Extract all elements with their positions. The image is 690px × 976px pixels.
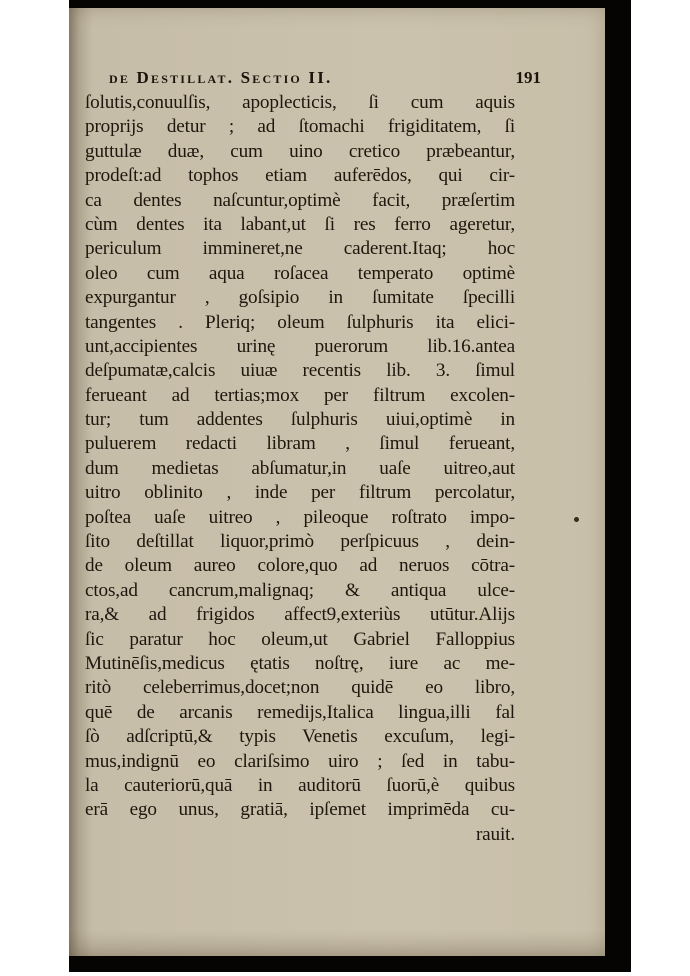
text-line: prodeſt:ad tophos etiam auferēdos, qui c… bbox=[85, 164, 515, 188]
running-title: de Destillat. Sectio II. bbox=[109, 68, 333, 88]
text-line: Mutinēſis,medicus ętatis noſtrę, iure ac… bbox=[85, 652, 515, 676]
text-line: deſpumatæ,calcis uiuæ recentis lib. 3. ſ… bbox=[85, 359, 515, 383]
text-line: ferueant ad tertias;mox per filtrum exco… bbox=[85, 384, 515, 408]
scan-frame: de Destillat. Sectio II. 191 ſolutis,con… bbox=[69, 0, 631, 972]
text-line: ſolutis,conuulſis, apoplecticis, ſi cum … bbox=[85, 91, 515, 115]
text-line: tur; tum addentes ſulphuris uiui,optimè … bbox=[85, 408, 515, 432]
text-line: ſò adſcriptū,& typis Venetis excuſum, le… bbox=[85, 725, 515, 749]
text-line: oleo cum aqua roſacea temperato optimè bbox=[85, 262, 515, 286]
text-line: cùm dentes ita labant,ut ſi res ferro ag… bbox=[85, 213, 515, 237]
text-line: tangentes . Pleriq; oleum ſulphuris ita … bbox=[85, 311, 515, 335]
text-line: guttulæ duæ, cum uino cretico præbeantur… bbox=[85, 140, 515, 164]
text-line: expurgantur , goſsipio in ſumitate ſpeci… bbox=[85, 286, 515, 310]
text-line: ſito deſtillat liquor,primò perſpicuus ,… bbox=[85, 530, 515, 554]
text-line: puluerem redacti libram , ſimul ferueant… bbox=[85, 432, 515, 456]
text-line: la cauteriorū,quā in auditorū ſuorū,è qu… bbox=[85, 774, 515, 798]
text-line: dum medietas abſumatur,in uaſe uitreo,au… bbox=[85, 457, 515, 481]
text-line: uitro oblinito , inde per filtrum percol… bbox=[85, 481, 515, 505]
text-line: erā ego unus, gratiā, ipſemet imprimēda … bbox=[85, 798, 515, 822]
text-line: unt,accipientes urinę puerorum lib.16.an… bbox=[85, 335, 515, 359]
text-line: ca dentes naſcuntur,optimè facit, præſer… bbox=[85, 189, 515, 213]
text-line: poſtea uaſe uitreo , pileoque roſtrato i… bbox=[85, 506, 515, 530]
body-text: ſolutis,conuulſis, apoplecticis, ſi cum … bbox=[85, 91, 515, 847]
text-line: ſic paratur hoc oleum,ut Gabriel Fallopp… bbox=[85, 628, 515, 652]
text-line-final: rauit. bbox=[85, 823, 515, 847]
book-page: de Destillat. Sectio II. 191 ſolutis,con… bbox=[69, 8, 605, 956]
text-line: proprijs detur ; ad ſtomachi frigiditate… bbox=[85, 115, 515, 139]
text-line: periculum immineret,ne caderent.Itaq; ho… bbox=[85, 237, 515, 261]
text-line: ctos,ad cancrum,malignaq; & antiqua ulce… bbox=[85, 579, 515, 603]
text-line: quē de arcanis remedijs,Italica lingua,i… bbox=[85, 701, 515, 725]
text-line: de oleum aureo colore,quo ad neruos cōtr… bbox=[85, 554, 515, 578]
text-line: mus,indignū eo clariſsimo uiro ; ſed in … bbox=[85, 750, 515, 774]
text-line: ritò celeberrimus,docet;non quidē eo lib… bbox=[85, 676, 515, 700]
page-number: 191 bbox=[516, 68, 542, 88]
text-line: ra,& ad frigidos affect9,exteriùs utūtur… bbox=[85, 603, 515, 627]
page-header: de Destillat. Sectio II. 191 bbox=[109, 68, 541, 92]
ink-spot bbox=[574, 517, 579, 522]
